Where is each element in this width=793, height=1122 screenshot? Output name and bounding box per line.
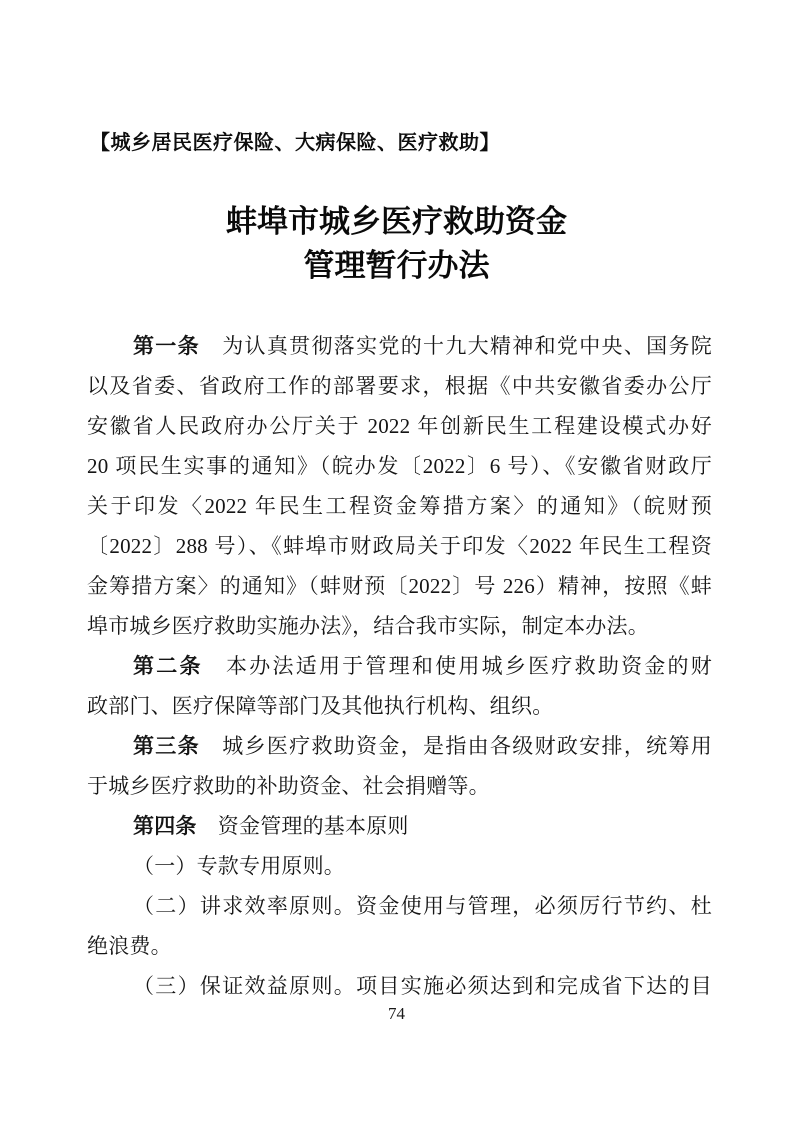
section-header-tag: 【城乡居民医疗保险、大病保险、医疗救助】 (90, 128, 500, 158)
body-line: 20 项民生实事的通知》（皖办发〔2022〕6 号）、《安徽省财政厅 (87, 446, 712, 486)
page-number: 74 (0, 1004, 793, 1024)
body-line: 政部门、医疗保障等部门及其他执行机构、组织。 (87, 686, 712, 726)
body-line: 第二条 本办法适用于管理和使用城乡医疗救助资金的财 (87, 646, 712, 686)
body-line: 第四条 资金管理的基本原则 (87, 806, 712, 846)
article-number: 第二条 (133, 655, 203, 678)
body-line: （一）专款专用原则。 (87, 846, 712, 886)
body-line: 〔2022〕288 号）、《蚌埠市财政局关于印发〈2022 年民生工程资 (87, 526, 712, 566)
body-line: 以及省委、省政府工作的部署要求，根据《中共安徽省委办公厅 (87, 366, 712, 406)
body-line: 埠市城乡医疗救助实施办法》，结合我市实际，制定本办法。 (87, 606, 712, 646)
document-title: 蚌埠市城乡医疗救助资金 管理暂行办法 (0, 200, 793, 288)
body-line: 于城乡医疗救助的补助资金、社会捐赠等。 (87, 766, 712, 806)
document-title-line-2: 管理暂行办法 (0, 244, 793, 288)
body-line: （三）保证效益原则。项目实施必须达到和完成省下达的目 (87, 966, 712, 1006)
document-title-line-1: 蚌埠市城乡医疗救助资金 (0, 200, 793, 244)
body-line: （二）讲求效率原则。资金使用与管理，必须厉行节约、杜 (87, 886, 712, 926)
document-page: 【城乡居民医疗保险、大病保险、医疗救助】 蚌埠市城乡医疗救助资金 管理暂行办法 … (0, 0, 793, 1122)
article-number: 第四条 (133, 815, 197, 838)
body-line: 金筹措方案〉的通知》（蚌财预〔2022〕号 226）精神，按照《蚌 (87, 566, 712, 606)
body-line: 绝浪费。 (87, 926, 712, 966)
article-number: 第一条 (133, 335, 200, 358)
body-line: 关于印发〈2022 年民生工程资金筹措方案〉的通知》（皖财预 (87, 486, 712, 526)
body-line: 第三条 城乡医疗救助资金，是指由各级财政安排，统筹用 (87, 726, 712, 766)
body-line: 第一条 为认真贯彻落实党的十九大精神和党中央、国务院 (87, 326, 712, 366)
article-number: 第三条 (133, 735, 200, 758)
body-text: 第一条 为认真贯彻落实党的十九大精神和党中央、国务院以及省委、省政府工作的部署要… (87, 326, 712, 1006)
body-line: 安徽省人民政府办公厅关于 2022 年创新民生工程建设模式办好 (87, 406, 712, 446)
